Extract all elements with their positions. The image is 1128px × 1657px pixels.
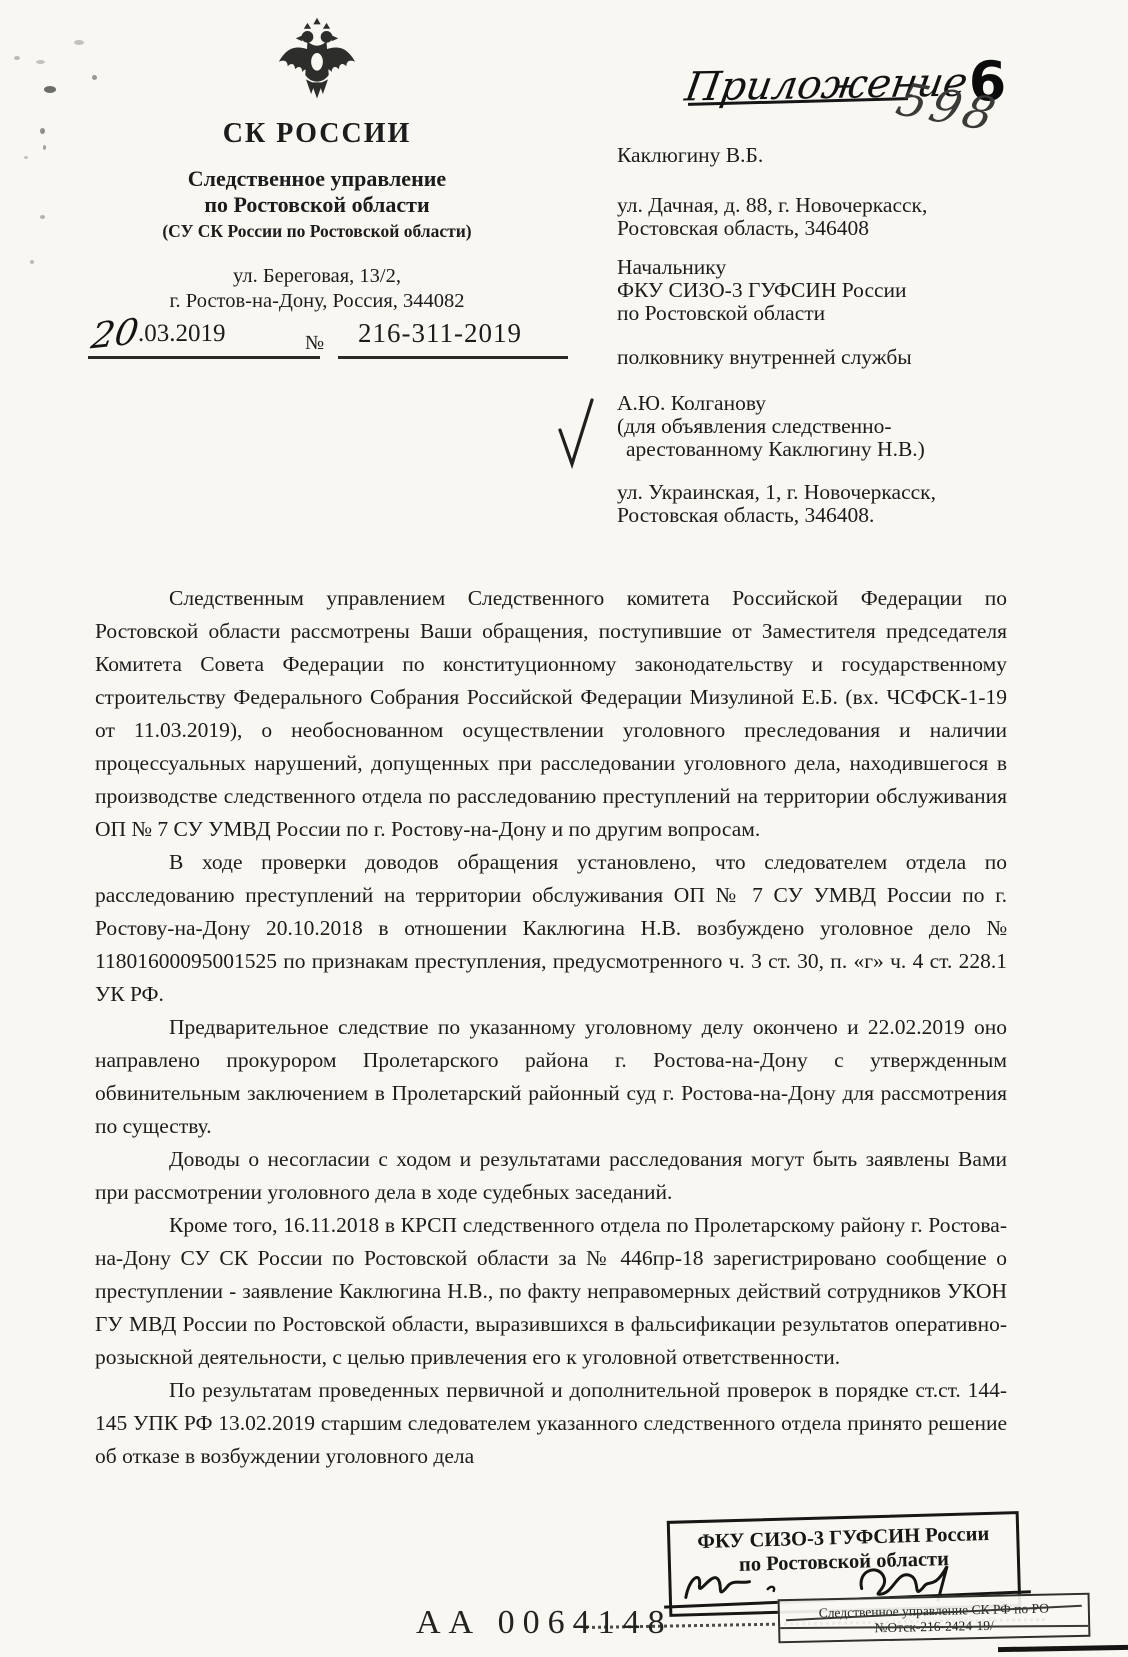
- recipient-org-line: по Ростовской области: [617, 302, 907, 325]
- double-headed-eagle-emblem: [273, 16, 361, 112]
- body-paragraph: Следственным управлением Следственного к…: [95, 582, 1007, 846]
- scan-noise-speck: [40, 215, 45, 219]
- document-number: 216-311-2019: [358, 318, 522, 349]
- body-paragraph: Кроме того, 16.11.2018 в КРСП следственн…: [95, 1209, 1007, 1374]
- scan-noise-speck: [44, 86, 56, 93]
- recipient-address2-line: Ростовская область, 346408.: [617, 504, 936, 527]
- recipient-note-line: арестованному Каклюгину Н.В.): [617, 438, 925, 461]
- scan-noise-speck: [43, 145, 46, 150]
- bottom-edge-line: [998, 1645, 1128, 1652]
- sender-dept-line2: по Ростовской области: [118, 192, 516, 218]
- recipient-note-line: (для объявления следственно-: [617, 415, 925, 438]
- recipient-person-line: А.Ю. Колганову: [617, 392, 925, 415]
- scan-noise-speck: [74, 40, 84, 45]
- recipient-address-line: ул. Дачная, д. 88, г. Новочеркасск,: [617, 194, 927, 217]
- scan-noise-speck: [36, 60, 45, 64]
- su-stamp: Следственное управление СК РФ по РО №Отс…: [778, 1593, 1091, 1644]
- recipient-address2-line: ул. Украинская, 1, г. Новочеркасск,: [617, 481, 936, 504]
- scan-noise-speck: [92, 75, 97, 80]
- body-paragraph: Доводы о несогласии с ходом и результата…: [95, 1143, 1007, 1209]
- body-paragraph: В ходе проверки доводов обращения устано…: [95, 846, 1007, 1011]
- sender-dept-line3: (СУ СК России по Ростовской области): [118, 221, 516, 242]
- handwritten-checkmark: [556, 396, 598, 470]
- date-number-row: 20 .03.2019 № 216-311-2019: [90, 314, 570, 364]
- recipient-title-line: Начальнику: [617, 256, 907, 279]
- body-paragraph: По результатам проведенных первичной и д…: [95, 1374, 1007, 1473]
- number-underline: [338, 356, 568, 359]
- scanned-letter-page: СК РОССИИ Следственное управление по Рос…: [0, 0, 1128, 1657]
- sender-address-line1: ул. Береговая, 13/2,: [118, 264, 516, 289]
- recipient-org-line: ФКУ СИЗО-3 ГУФСИН России: [617, 279, 907, 302]
- handwritten-day: 20: [89, 312, 142, 358]
- typed-date: .03.2019: [138, 320, 226, 348]
- recipient-address-line: Ростовская область, 346408: [617, 217, 927, 240]
- scan-noise-speck: [40, 128, 45, 134]
- sender-address-line2: г. Ростов-на-Дону, Россия, 344082: [118, 289, 516, 314]
- letter-body: Следственным управлением Следственного к…: [95, 582, 1007, 1473]
- form-serial-number: АА 0064148: [416, 1604, 673, 1642]
- scan-noise-speck: [14, 56, 20, 60]
- recipient-rank-line: полковнику внутренней службы: [617, 346, 912, 369]
- scan-noise-speck: [24, 156, 28, 159]
- number-sign: №: [305, 332, 324, 355]
- scan-noise-speck: [30, 260, 34, 264]
- sender-org-name: СК РОССИИ: [118, 118, 516, 150]
- recipient-name: Каклюгину В.Б.: [617, 144, 763, 167]
- body-paragraph: Предварительное следствие по указанному …: [95, 1011, 1007, 1143]
- date-underline: [88, 356, 320, 359]
- sender-dept-line1: Следственное управление: [118, 166, 516, 192]
- sender-letterhead: СК РОССИИ Следственное управление по Рос…: [118, 16, 516, 314]
